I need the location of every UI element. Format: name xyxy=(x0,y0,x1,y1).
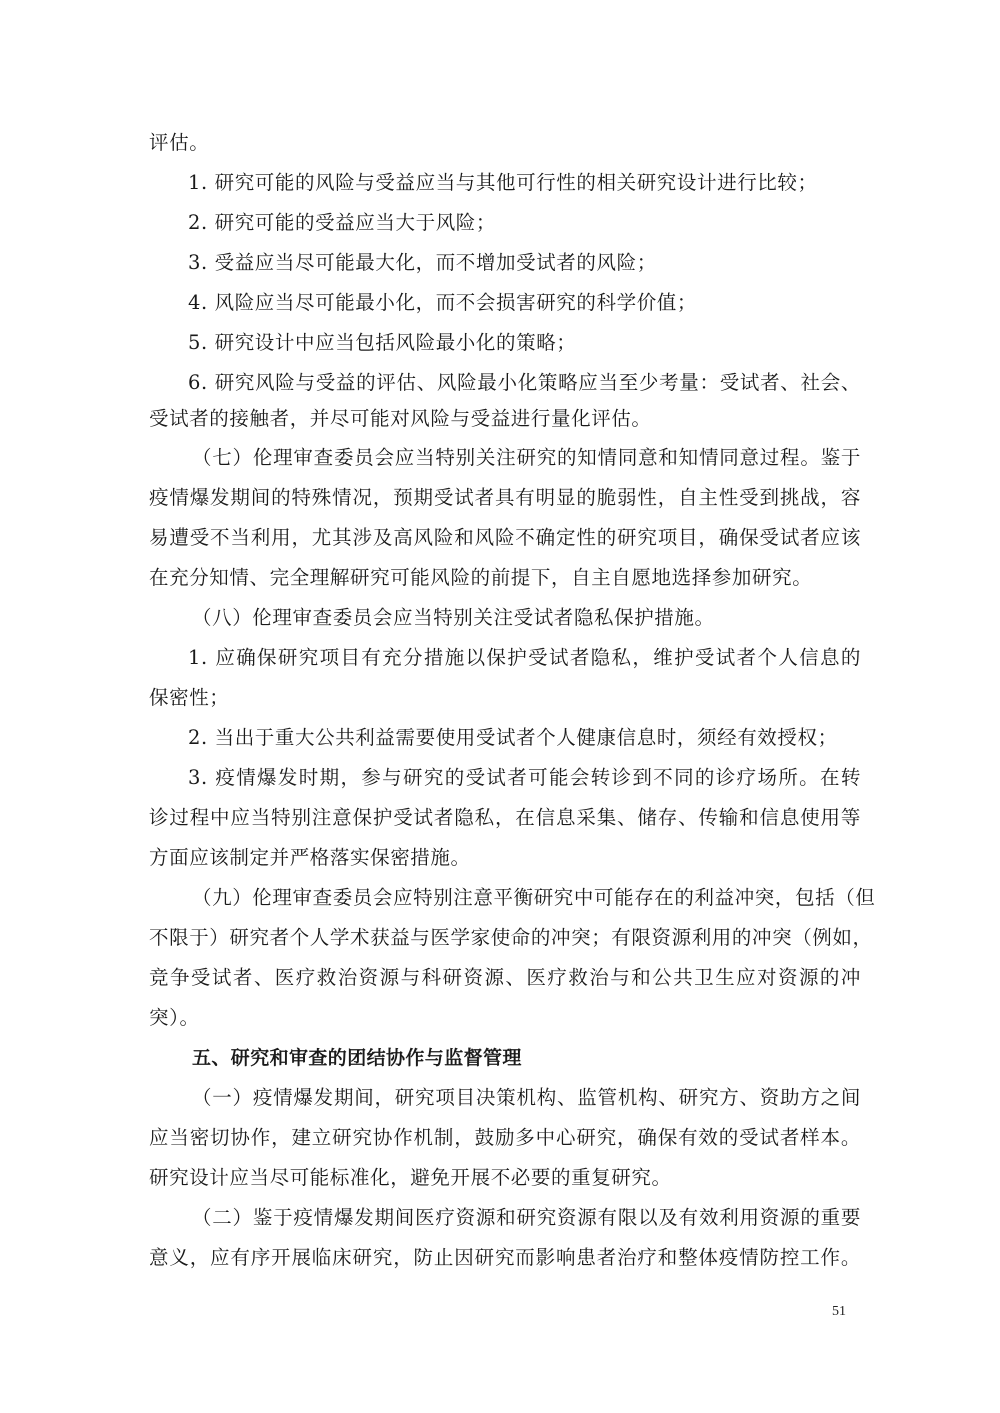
clause-9-line: 竞争受试者、医疗救治资源与科研资源、医疗救治与和公共卫生应对资源的冲 xyxy=(149,966,861,990)
clause-8-heading: （八）伦理审查委员会应当特别关注受试者隐私保护措施。 xyxy=(192,606,904,630)
section-5-clause-2-line: 意义，应有序开展临床研究，防止因研究而影响患者治疗和整体疫情防控工作。 xyxy=(149,1246,861,1270)
list-item-risk-benefit-5: 5. 研究设计中应当包括风险最小化的策略； xyxy=(188,331,900,355)
paragraph-line: 方面应该制定并严格落实保密措施。 xyxy=(149,846,861,870)
clause-9-line: 不限于）研究者个人学术获益与医学家使命的冲突；有限资源利用的冲突（例如， xyxy=(149,926,861,950)
section-5-clause-2-line: （二）鉴于疫情爆发期间医疗资源和研究资源有限以及有效利用资源的重要 xyxy=(192,1206,861,1230)
section-5-clause-1-line: （一）疫情爆发期间，研究项目决策机构、监管机构、研究方、资助方之间 xyxy=(192,1086,861,1110)
page-number: 51 xyxy=(832,1304,846,1320)
list-item-risk-benefit-6: 6. 研究风险与受益的评估、风险最小化策略应当至少考量：受试者、社会、 xyxy=(188,371,861,395)
list-item-risk-benefit-2: 2. 研究可能的受益应当大于风险； xyxy=(188,211,900,235)
list-item-privacy-2: 2. 当出于重大公共利益需要使用受试者个人健康信息时，须经有效授权； xyxy=(188,726,900,750)
section-5-clause-1-line: 应当密切协作，建立研究协作机制，鼓励多中心研究，确保有效的受试者样本。 xyxy=(149,1126,861,1150)
paragraph-line: 评估。 xyxy=(149,131,861,155)
list-item-privacy-3: 3. 疫情爆发时期，参与研究的受试者可能会转诊到不同的诊疗场所。在转 xyxy=(188,766,861,790)
list-item-risk-benefit-4: 4. 风险应当尽可能最小化，而不会损害研究的科学价值； xyxy=(188,291,900,315)
clause-7-line: 易遭受不当利用，尤其涉及高风险和风险不确定性的研究项目，确保受试者应该 xyxy=(149,526,861,550)
list-item-risk-benefit-3: 3. 受益应当尽可能最大化，而不增加受试者的风险； xyxy=(188,251,900,275)
paragraph-line: 诊过程中应当特别注意保护受试者隐私，在信息采集、储存、传输和信息使用等 xyxy=(149,806,861,830)
clause-7-line: （七）伦理审查委员会应当特别关注研究的知情同意和知情同意过程。鉴于 xyxy=(192,446,861,470)
list-item-risk-benefit-1: 1. 研究可能的风险与受益应当与其他可行性的相关研究设计进行比较； xyxy=(188,171,900,195)
clause-9-line: （九）伦理审查委员会应特别注意平衡研究中可能存在的利益冲突，包括（但 xyxy=(192,886,861,910)
clause-7-line: 疫情爆发期间的特殊情况，预期受试者具有明显的脆弱性，自主性受到挑战，容 xyxy=(149,486,861,510)
section-5-clause-1-line: 研究设计应当尽可能标准化，避免开展不必要的重复研究。 xyxy=(149,1166,861,1190)
paragraph-line: 保密性； xyxy=(149,686,861,710)
list-item-privacy-1: 1. 应确保研究项目有充分措施以保护受试者隐私，维护受试者个人信息的 xyxy=(188,646,861,670)
clause-7-line: 在充分知情、完全理解研究可能风险的前提下，自主自愿地选择参加研究。 xyxy=(149,566,861,590)
section-heading: 五、研究和审查的团结协作与监督管理 xyxy=(192,1046,904,1070)
document-page: 评估。 1. 研究可能的风险与受益应当与其他可行性的相关研究设计进行比较； 2.… xyxy=(0,0,1000,1413)
clause-9-line: 突）。 xyxy=(149,1006,861,1030)
paragraph-line: 受试者的接触者，并尽可能对风险与受益进行量化评估。 xyxy=(149,407,861,431)
